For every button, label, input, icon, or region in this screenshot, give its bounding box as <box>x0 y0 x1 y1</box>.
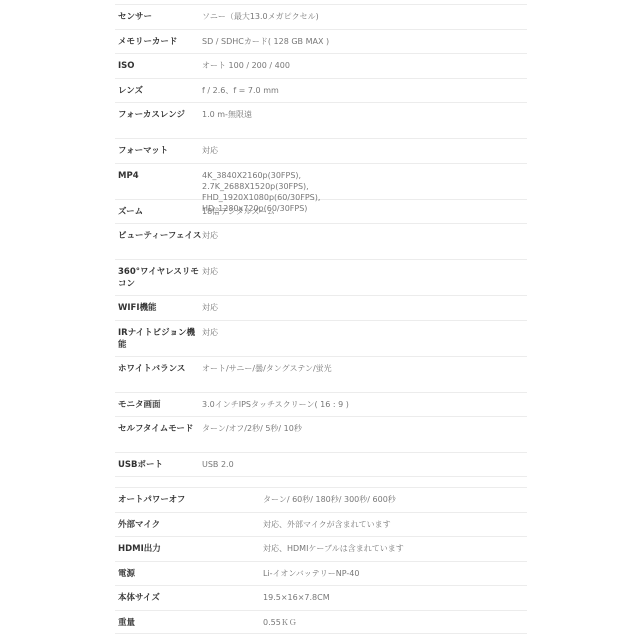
spec-value: ターン/オフ/2秒/ 5秒/ 10秒 <box>202 417 527 452</box>
spec-value: 対応 <box>202 296 527 320</box>
spec-label: 360°ワイヤレスリモコン <box>115 260 202 295</box>
spec-table-power: オートパワーオフ ターン/ 60秒/ 180秒/ 300秒/ 600秒 外部マイ… <box>115 487 527 634</box>
spec-value: 1.0 m-無限遠 <box>202 103 527 138</box>
spec-value: オート/サニー/曇/タングステン/蛍光 <box>202 357 527 392</box>
spec-value: 18倍デジタルズーム <box>202 200 527 224</box>
spec-value: Li-イオンバッテリーNP-40 <box>263 562 527 586</box>
spec-value: 対応 <box>202 139 527 163</box>
spec-row-format: フォーマット 対応 <box>115 138 527 163</box>
spec-value: 3.0インチIPSタッチスクリーン( 16 : 9 ) <box>202 393 527 417</box>
spec-row-monitor: モニタ画面 3.0インチIPSタッチスクリーン( 16 : 9 ) <box>115 392 527 417</box>
spec-row-mp4: MP4 4K_3840X2160p(30FPS), 2.7K_2688X1520… <box>115 163 527 199</box>
spec-value: 対応 <box>202 224 527 259</box>
spec-row-white-balance: ホワイトバランス オート/サニー/曇/タングステン/蛍光 <box>115 356 527 392</box>
spec-row-iso: ISO オート 100 / 200 / 400 <box>115 53 527 78</box>
spec-row-beauty-face: ビューティーフェイス 対応 <box>115 223 527 259</box>
spec-table-camera: センサー ソニー（最大13.0メガピクセル) メモリーカード SD / SDHC… <box>115 4 527 477</box>
spec-label: WIFI機能 <box>115 296 202 320</box>
spec-label: ISO <box>115 54 202 78</box>
spec-label: MP4 <box>115 164 202 199</box>
spec-label: USBポート <box>115 453 202 476</box>
spec-label: レンズ <box>115 79 202 103</box>
spec-label: ズーム <box>115 200 202 224</box>
spec-row-focus-range: フォーカスレンジ 1.0 m-無限遠 <box>115 102 527 138</box>
spec-value: 対応、外部マイクが含まれています <box>263 513 527 537</box>
spec-label: ビューティーフェイス <box>115 224 202 259</box>
spec-label: 本体サイズ <box>115 586 263 610</box>
spec-row-usb-port: USBポート USB 2.0 <box>115 452 527 477</box>
spec-row-hdmi-output: HDMI出力 対応、HDMIケーブルは含まれています <box>115 536 527 561</box>
spec-value: ソニー（最大13.0メガピクセル) <box>202 5 527 29</box>
spec-value: 4K_3840X2160p(30FPS), 2.7K_2688X1520p(30… <box>202 164 527 199</box>
spec-row-self-timer: セルフタイムモード ターン/オフ/2秒/ 5秒/ 10秒 <box>115 416 527 452</box>
spec-label: 重量 <box>115 611 263 634</box>
spec-value: オート 100 / 200 / 400 <box>202 54 527 78</box>
spec-label: センサー <box>115 5 202 29</box>
spec-label: モニタ画面 <box>115 393 202 417</box>
spec-label: セルフタイムモード <box>115 417 202 452</box>
spec-row-memory-card: メモリーカード SD / SDHCカード( 128 GB MAX ) <box>115 29 527 54</box>
spec-row-wifi: WIFI機能 対応 <box>115 295 527 320</box>
spec-label: フォーカスレンジ <box>115 103 202 138</box>
spec-value: SD / SDHCカード( 128 GB MAX ) <box>202 30 527 54</box>
spec-row-ir-night-vision: IRナイトビジョン機能 対応 <box>115 320 527 356</box>
spec-value: USB 2.0 <box>202 453 527 476</box>
spec-value: 0.55ＫＧ <box>263 611 527 634</box>
spec-label: 外部マイク <box>115 513 263 537</box>
spec-label: フォーマット <box>115 139 202 163</box>
spec-label: オートパワーオフ <box>115 488 263 512</box>
spec-row-lens: レンズ f / 2.6、f = 7.0 mm <box>115 78 527 103</box>
spec-value: 19.5×16×7.8CM <box>263 586 527 610</box>
spec-row-auto-power-off: オートパワーオフ ターン/ 60秒/ 180秒/ 300秒/ 600秒 <box>115 487 527 512</box>
spec-row-external-mic: 外部マイク 対応、外部マイクが含まれています <box>115 512 527 537</box>
spec-value: 対応 <box>202 321 527 356</box>
spec-row-weight: 重量 0.55ＫＧ <box>115 610 527 635</box>
spec-label: HDMI出力 <box>115 537 263 561</box>
spec-value: 対応、HDMIケーブルは含まれています <box>263 537 527 561</box>
spec-label: IRナイトビジョン機能 <box>115 321 202 356</box>
spec-label: メモリーカード <box>115 30 202 54</box>
spec-row-sensor: センサー ソニー（最大13.0メガピクセル) <box>115 4 527 29</box>
spec-label: 電源 <box>115 562 263 586</box>
spec-row-body-size: 本体サイズ 19.5×16×7.8CM <box>115 585 527 610</box>
spec-label: ホワイトバランス <box>115 357 202 392</box>
spec-value: f / 2.6、f = 7.0 mm <box>202 79 527 103</box>
spec-value: ターン/ 60秒/ 180秒/ 300秒/ 600秒 <box>263 488 527 512</box>
spec-row-zoom: ズーム 18倍デジタルズーム <box>115 199 527 224</box>
spec-value: 対応 <box>202 260 527 295</box>
spec-row-wireless-remote: 360°ワイヤレスリモコン 対応 <box>115 259 527 295</box>
spec-row-power-source: 電源 Li-イオンバッテリーNP-40 <box>115 561 527 586</box>
